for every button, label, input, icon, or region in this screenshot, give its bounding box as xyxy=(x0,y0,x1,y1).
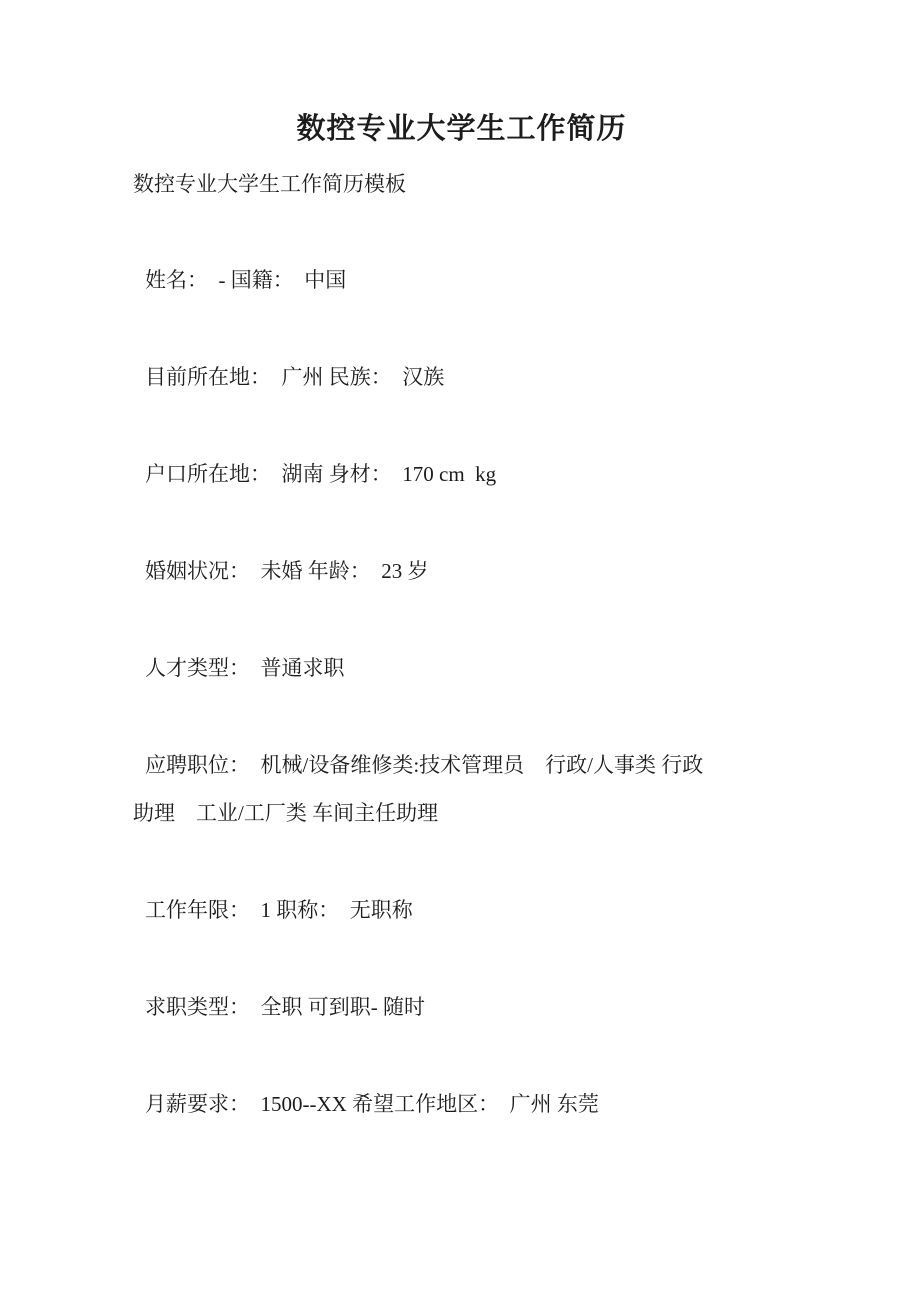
document-subtitle: 数控专业大学生工作简历模板 xyxy=(133,160,790,208)
resume-fields: 姓名： - 国籍： 中国目前所在地： 广州 民族： 汉族户口所在地： 湖南 身材… xyxy=(133,256,790,1128)
document-title: 数控专业大学生工作简历 xyxy=(133,106,790,152)
resume-field: 月薪要求： 1500--XX 希望工作地区： 广州 东莞 xyxy=(133,1080,790,1128)
resume-field: 应聘职位： 机械/设备维修类:技术管理员 行政/人事类 行政 助理 工业/工厂类… xyxy=(133,741,790,837)
resume-field: 人才类型： 普通求职 xyxy=(133,644,790,692)
resume-field: 户口所在地： 湖南 身材： 170 cm kg xyxy=(133,450,790,498)
resume-field: 工作年限： 1 职称： 无职称 xyxy=(133,886,790,934)
resume-field: 目前所在地： 广州 民族： 汉族 xyxy=(133,353,790,401)
resume-field: 求职类型： 全职 可到职- 随时 xyxy=(133,983,790,1031)
resume-field: 婚姻状况： 未婚 年龄： 23 岁 xyxy=(133,547,790,595)
document-page: 数控专业大学生工作简历 数控专业大学生工作简历模板 姓名： - 国籍： 中国目前… xyxy=(0,0,920,1302)
resume-field: 姓名： - 国籍： 中国 xyxy=(133,256,790,304)
